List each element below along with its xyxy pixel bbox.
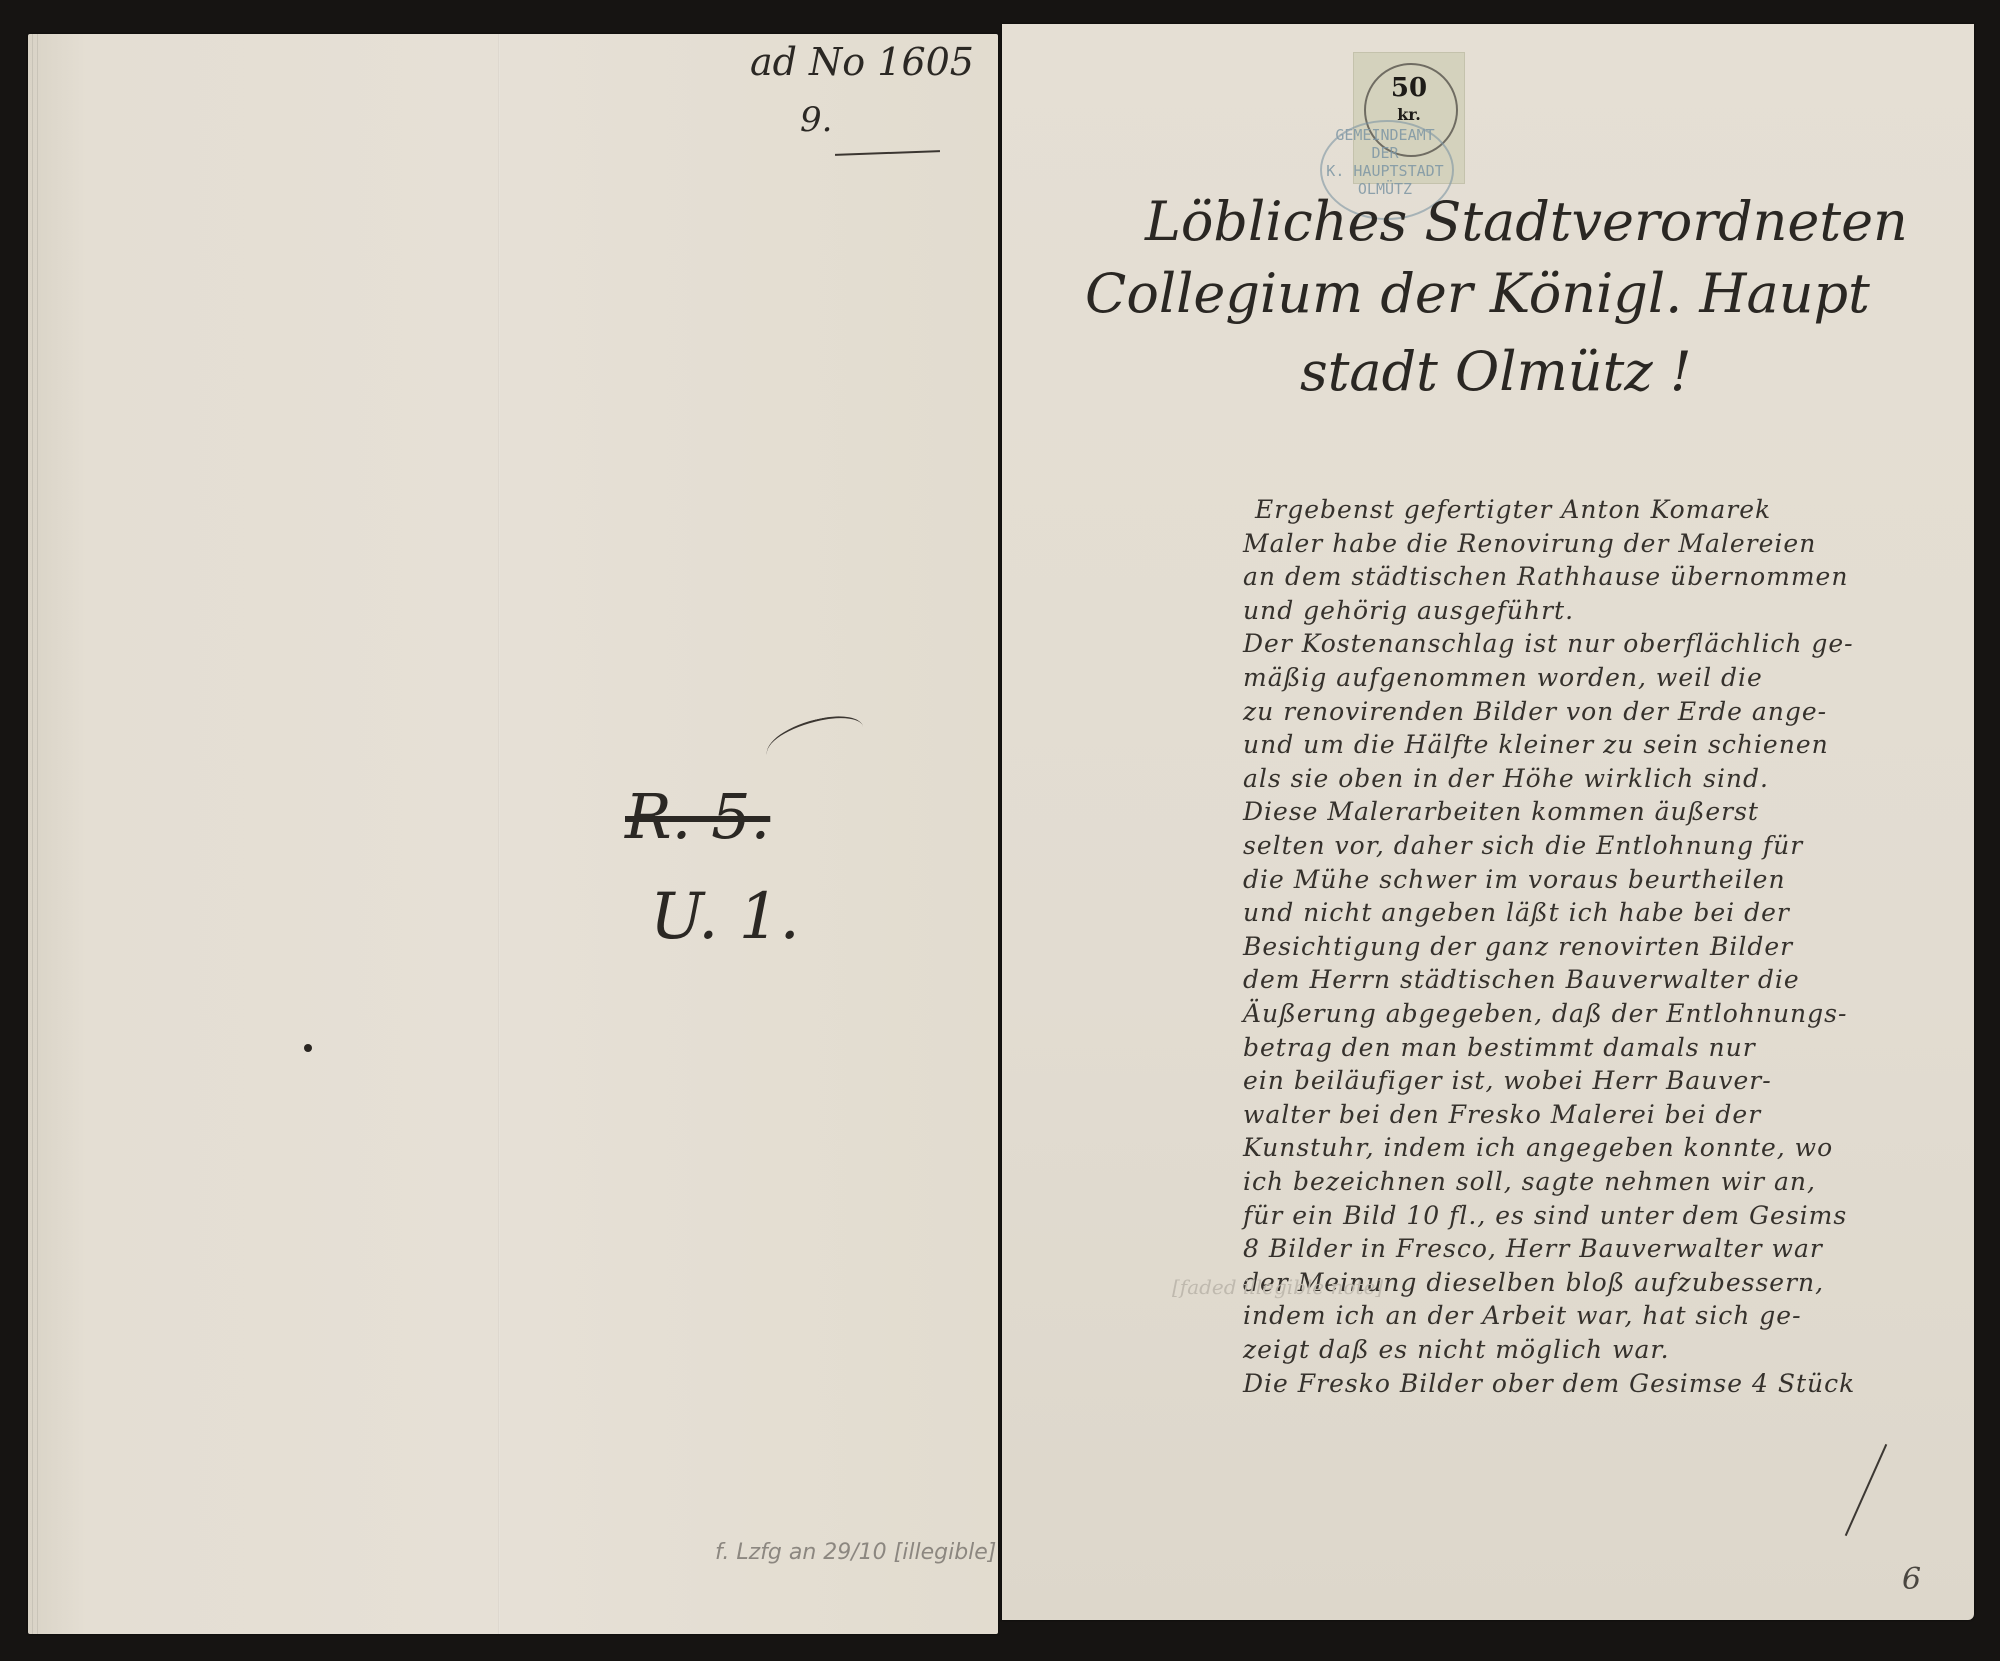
letter-line: die Mühe schwer im voraus beurtheilen (1243, 865, 1786, 894)
pencil-note: f. Lzfg an 29/10 [illegible] (715, 1540, 996, 1565)
left-page (28, 34, 998, 1634)
stamp-value: 50 (1354, 73, 1464, 103)
letter-line: Der Kostenanschlag ist nur oberflächlich… (1243, 629, 1854, 658)
letter-line: betrag den man bestimmt damals nur (1243, 1033, 1756, 1062)
letter-line: mäßig aufgenommen worden, weil die (1243, 663, 1763, 692)
letter-line: Maler habe die Renovirung der Malereien (1243, 529, 1816, 558)
letter-line: Diese Malerarbeiten kommen äußerst (1243, 797, 1759, 826)
letter-line: zeigt daß es nicht möglich war. (1243, 1335, 1670, 1364)
sheet-edge (32, 34, 33, 1634)
letter-line: als sie oben in der Höhe wirklich sind. (1243, 764, 1769, 793)
letter-line: Ergebenst gefertigter Anton Komarek (1255, 495, 1771, 524)
letter-line: dem Herrn städtischen Bauverwalter die (1243, 965, 1800, 994)
page-number: 6 (1902, 1562, 1921, 1597)
letter-line: selten vor, daher sich die Entlohnung fü… (1243, 831, 1803, 860)
page-fold (498, 34, 500, 1634)
reference-sub-number: 9. (800, 100, 832, 140)
letter-line: Kunstuhr, indem ich angegeben konnte, wo (1243, 1133, 1833, 1162)
letter-line: Die Fresko Bilder ober dem Gesimse 4 Stü… (1243, 1369, 1855, 1398)
sheet-edge (37, 34, 38, 1634)
salutation-line: stadt Olmütz ! (1300, 340, 1692, 403)
struck-annotation: R. 5. (625, 780, 770, 853)
letter-line: und um die Hälfte kleiner zu sein schien… (1243, 730, 1829, 759)
salutation-line: Löbliches Stadtverordneten (1145, 190, 1908, 253)
margin-note: [faded illegible note] (1172, 1275, 1383, 1299)
letter-line: und gehörig ausgeführt. (1243, 596, 1574, 625)
ink-dot (304, 1044, 312, 1052)
letter-line: an dem städtischen Rathhause übernommen (1243, 562, 1848, 591)
letter-line: ein beiläufiger ist, wobei Herr Bauver- (1243, 1066, 1772, 1095)
salutation-line: Collegium der Königl. Haupt (1085, 262, 1870, 325)
letter-line: 8 Bilder in Fresco, Herr Bauverwalter wa… (1243, 1234, 1823, 1263)
letter-line: Äußerung abgegeben, daß der Entlohnungs- (1243, 999, 1847, 1028)
letter-line: ich bezeichnen soll, sagte nehmen wir an… (1243, 1167, 1816, 1196)
letter-line: Besichtigung der ganz renovirten Bilder (1243, 932, 1793, 961)
letter-line: und nicht angeben läßt ich habe bei der (1243, 898, 1790, 927)
annotation: U. 1. (650, 880, 800, 954)
letter-line: für ein Bild 10 fl., es sind unter dem G… (1243, 1201, 1847, 1230)
letter-line: walter bei den Fresko Malerei bei der (1243, 1100, 1761, 1129)
letter-line: zu renovirenden Bilder von der Erde ange… (1243, 697, 1827, 726)
reference-number: ad No 1605 (750, 40, 974, 84)
letter-line: indem ich an der Arbeit war, hat sich ge… (1243, 1301, 1802, 1330)
